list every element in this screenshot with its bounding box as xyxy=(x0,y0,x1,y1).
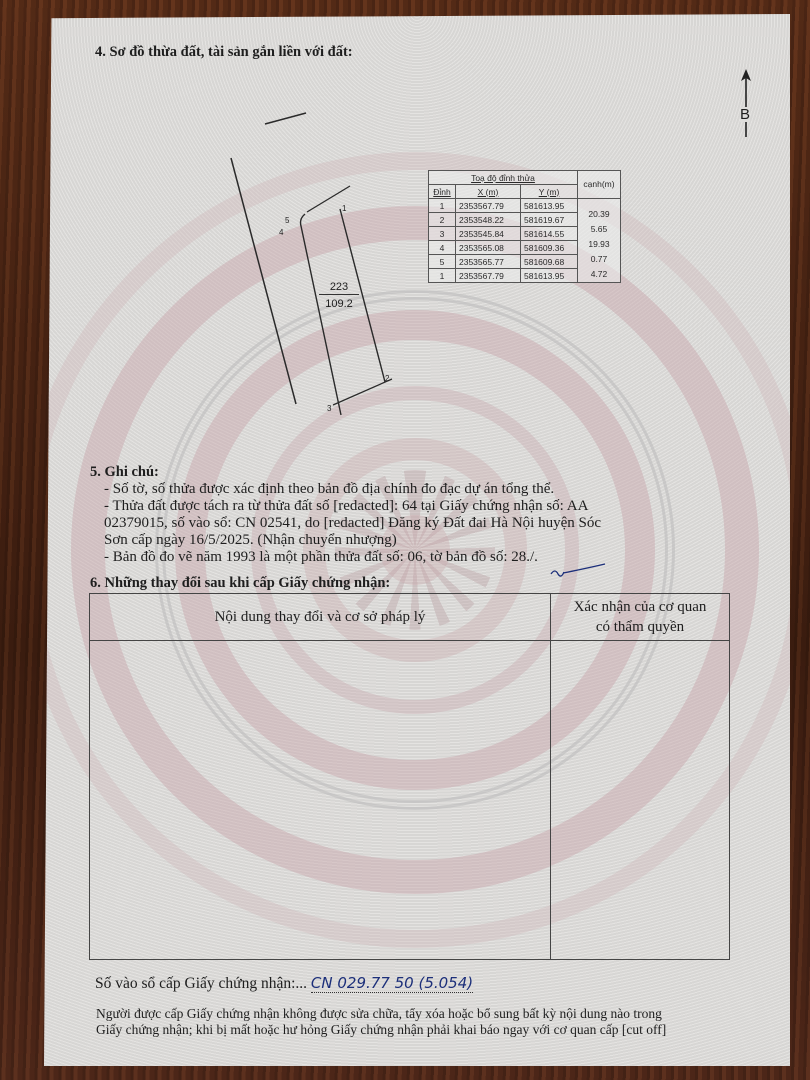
changes-content-cell xyxy=(90,641,551,960)
section-6-title: 6. Những thay đổi sau khi cấp Giấy chứng… xyxy=(90,575,390,592)
vertex-label-1: 1 xyxy=(342,204,346,213)
vertex-label-3: 3 xyxy=(327,404,331,413)
note-line-1: - Số tờ, số thửa được xác định theo bản … xyxy=(104,481,554,498)
certificate-page: 4. Sơ đồ thừa đất, tài sản gắn liền với … xyxy=(44,14,790,1066)
note-line-3: 02379015, số vào sổ: CN 02541, do [redac… xyxy=(104,515,601,532)
y-header: Y (m) xyxy=(521,185,578,199)
registry-row: Số vào sổ cấp Giấy chứng nhận:... CN 029… xyxy=(95,974,473,993)
footer-notice-line-2: Giấy chứng nhận; khi bị mất hoặc hư hỏng… xyxy=(96,1022,666,1038)
note-line-4: Sơn cấp ngày 16/5/2025. (Nhận chuyển như… xyxy=(104,532,397,549)
footer-notice-line-1: Người được cấp Giấy chứng nhận không đượ… xyxy=(96,1006,662,1022)
vertex-label-4: 4 xyxy=(279,228,283,237)
table-row: 1 2353567.79 581613.95 20.39 5.65 19.93 … xyxy=(429,199,621,213)
parcel-area: 109.2 xyxy=(319,298,359,310)
vertex-label-2: 2 xyxy=(385,374,389,383)
parcel-sketch xyxy=(44,14,790,434)
section-5-title: 5. Ghi chú: xyxy=(90,464,159,481)
vertex-label-5: 5 xyxy=(285,216,289,225)
x-header: X (m) xyxy=(456,185,521,199)
changes-authority-header: Xác nhận của cơ quan có thẩm quyền xyxy=(551,594,730,641)
edge-length-header: cạnh(m) xyxy=(578,171,621,199)
changes-table: Nội dung thay đổi và cơ sở pháp lý Xác n… xyxy=(89,593,730,960)
note-line-2: - Thửa đất được tách ra từ thửa đất số [… xyxy=(104,498,588,515)
edge-lengths: 20.39 5.65 19.93 0.77 4.72 xyxy=(578,199,621,283)
coord-group-header: Toạ độ đỉnh thửa xyxy=(429,171,578,185)
note-line-5: - Bản đồ đo vẽ năm 1993 là một phần thửa… xyxy=(104,549,538,566)
registry-label: Số vào sổ cấp Giấy chứng nhận: xyxy=(95,975,295,992)
parcel-number: 223 xyxy=(319,281,359,295)
changes-content-header: Nội dung thay đổi và cơ sở pháp lý xyxy=(90,594,551,641)
vertex-coordinate-table: Toạ độ đỉnh thửa cạnh(m) Đỉnh X (m) Y (m… xyxy=(428,170,621,283)
registry-handwritten-value: CN 029.77 50 (5.054) xyxy=(311,974,473,993)
changes-authority-cell xyxy=(551,641,730,960)
initials-signature xyxy=(549,562,609,582)
vertex-header: Đỉnh xyxy=(429,185,456,199)
